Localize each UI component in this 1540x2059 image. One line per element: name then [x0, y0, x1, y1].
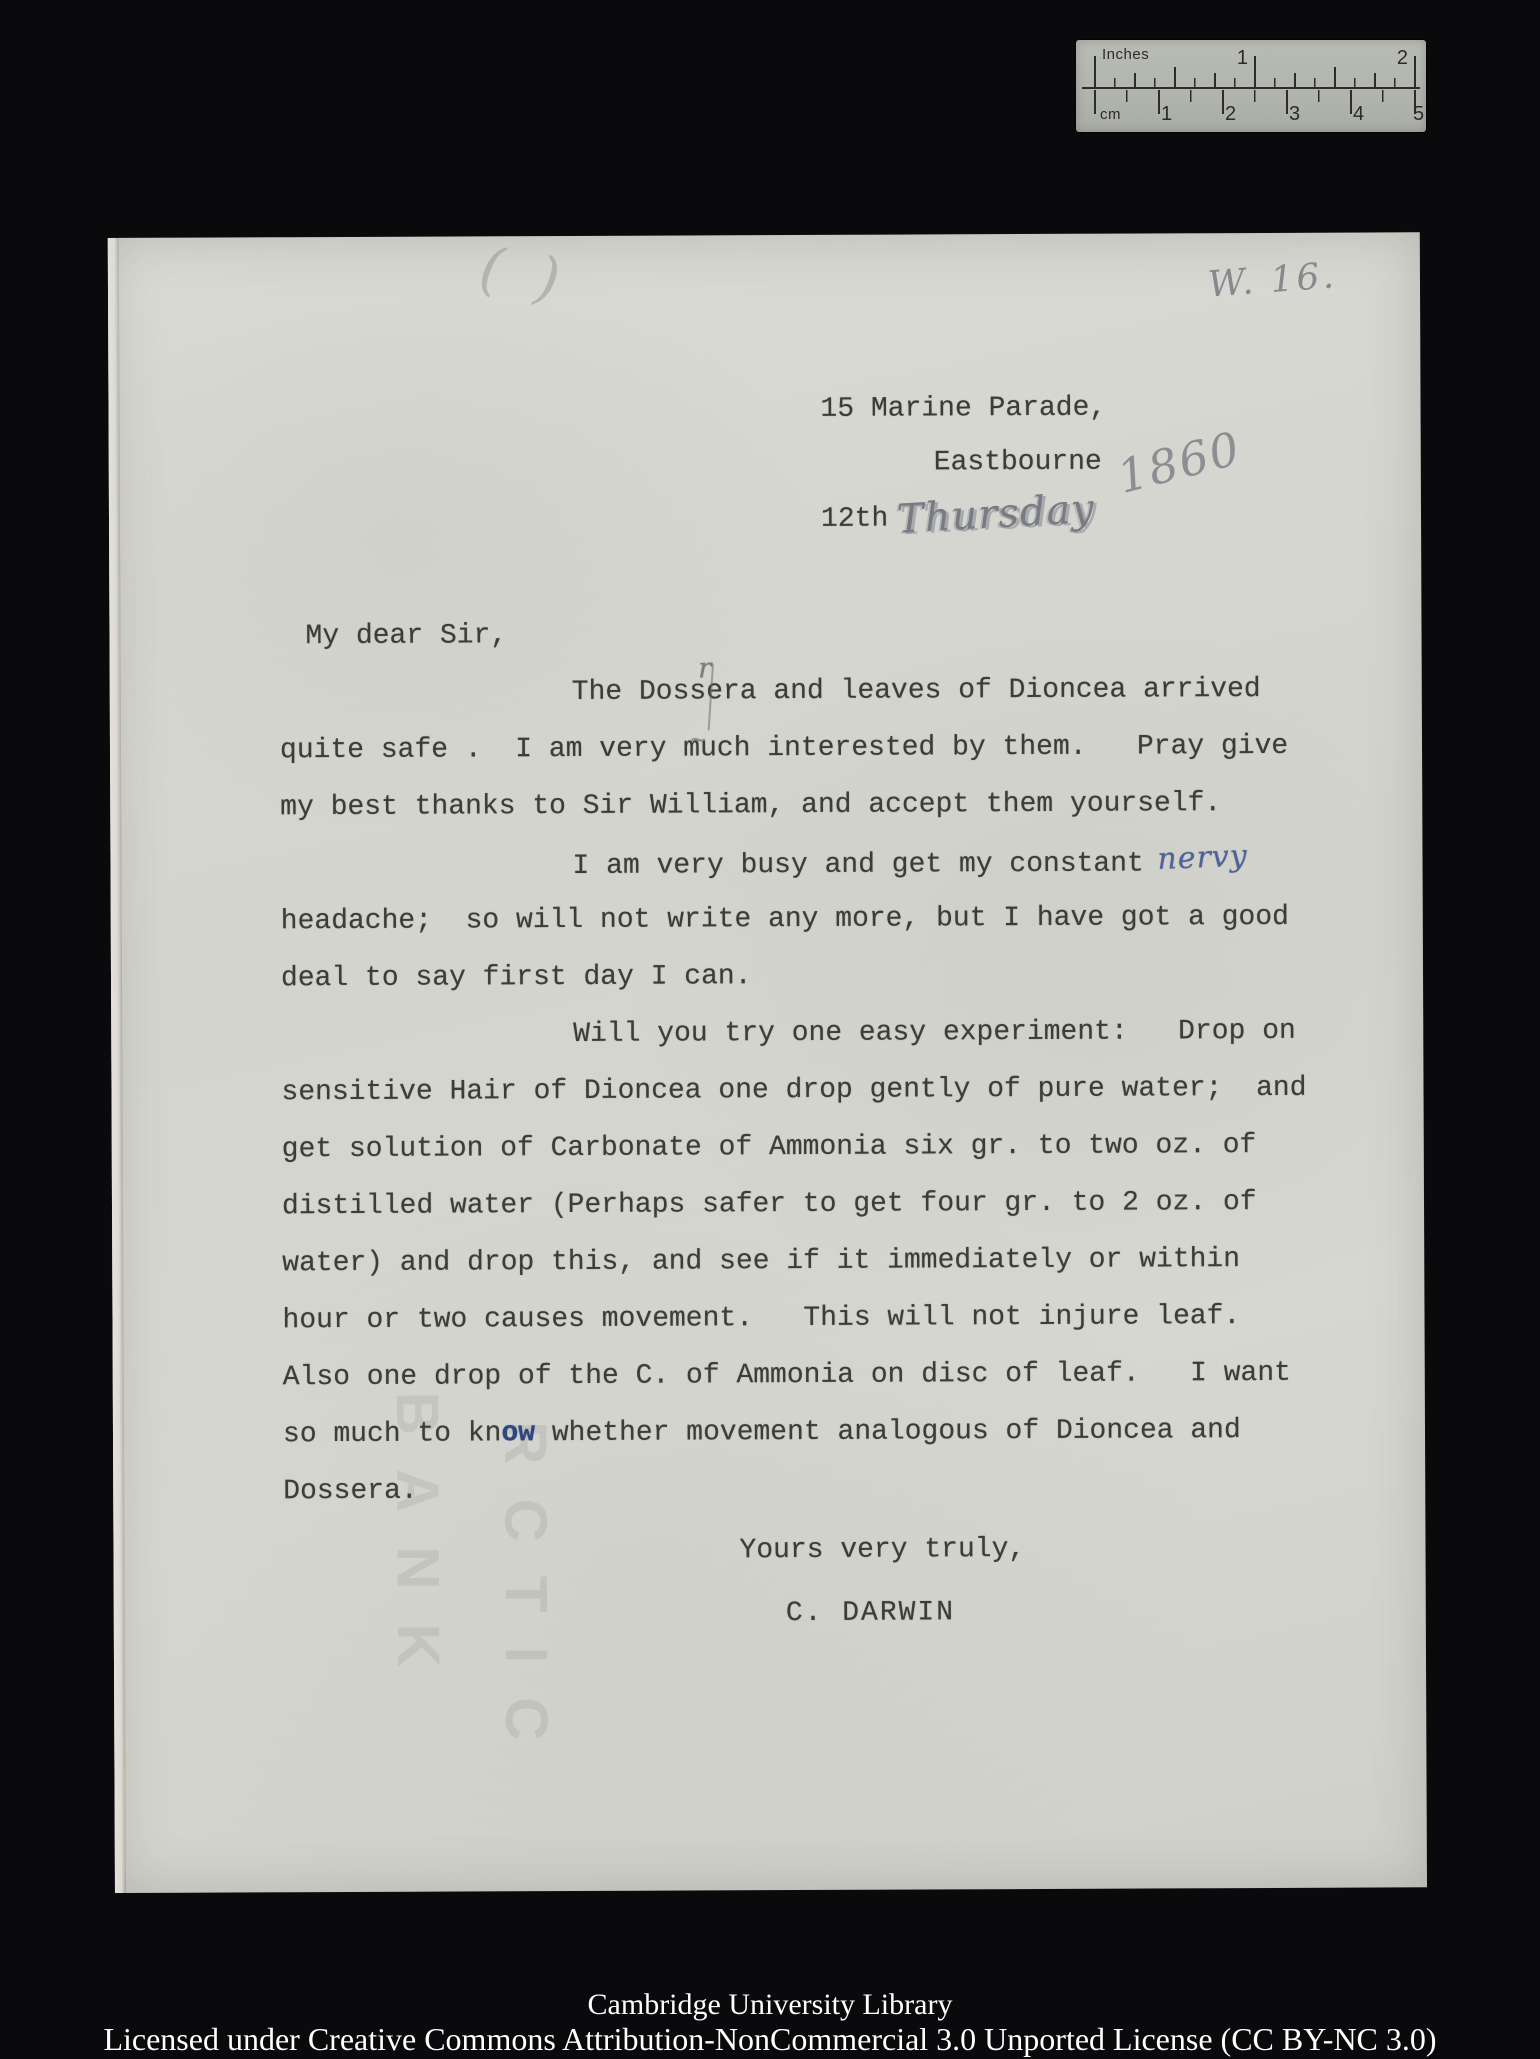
cm-number: 1	[1161, 104, 1172, 124]
cm-number: 4	[1353, 104, 1364, 124]
inch-ticks-eighth	[1094, 78, 1417, 88]
body-line: deal to say first day I can.	[281, 945, 1391, 1007]
closing: Yours very truly,	[739, 1535, 1025, 1566]
body-line: headache; so will not write any more, bu…	[281, 888, 1391, 950]
salutation: My dear Sir,	[279, 603, 1389, 665]
blue-ink-annotation: nervy	[1157, 827, 1249, 888]
archive-number-annotation: W. 16.	[1207, 255, 1339, 305]
body-line: Will you try one easy experiment: Drop o…	[281, 1002, 1391, 1064]
scale-bar: Inches cm 1 2 1 2 3 4 5	[1076, 40, 1426, 132]
body-line: quite safe . I am very much interested b…	[280, 717, 1390, 779]
day-scrawl-annotation: Thursday	[896, 486, 1096, 543]
cm-number: 3	[1289, 104, 1300, 124]
body-line-segment: whether movement analogous of Dioncea an…	[535, 1415, 1241, 1449]
signature: C. DARWIN	[786, 1598, 955, 1629]
address-line-2: Eastbourne	[934, 448, 1102, 479]
body-line-segment: I am very busy and get my constant	[572, 849, 1143, 882]
pencil-paren-mark: ( )	[475, 233, 573, 315]
body-line: water) and drop this, and see if it imme…	[282, 1230, 1392, 1292]
body-line: my best thanks to Sir William, and accep…	[280, 774, 1390, 836]
caret-mark: ~	[690, 728, 706, 754]
body-line: sensitive Hair of Dioncea one drop gentl…	[281, 1059, 1391, 1121]
license-notice: Licensed under Creative Commons Attribut…	[0, 2021, 1540, 2058]
body-line-segment: so much to kn	[283, 1418, 502, 1450]
body-line: The Dossr~era and leaves of Dioncea arri…	[280, 660, 1390, 722]
cm-number: 5	[1413, 104, 1424, 124]
letter-page: ( ) W. 16. 15 Marine Parade, Eastbourne …	[108, 232, 1427, 1893]
inch-number: 2	[1382, 48, 1408, 68]
body-line-segment: The Doss	[572, 676, 707, 708]
paper-fold-edge	[108, 238, 126, 1893]
body-line: distilled water (Perhaps safer to get fo…	[282, 1173, 1392, 1235]
date-line: 12th	[821, 505, 888, 535]
inch-number: 1	[1222, 48, 1248, 68]
cm-number: 2	[1225, 104, 1236, 124]
year-annotation: 1860	[1112, 421, 1247, 504]
blue-ink-overwrite: ow	[501, 1418, 535, 1449]
cm-ticks-half	[1094, 90, 1417, 102]
body-line: get solution of Carbonate of Ammonia six…	[282, 1116, 1392, 1178]
body-line: so much to know whether movement analogo…	[283, 1401, 1393, 1463]
body-line: Also one drop of the C. of Ammonia on di…	[283, 1344, 1393, 1406]
body-line: Dossera.	[283, 1458, 1393, 1520]
body-line: hour or two causes movement. This will n…	[282, 1287, 1392, 1349]
body-line-segment: era and leaves of Dioncea arrived	[706, 674, 1261, 707]
body-line: I am very busy and get my constantnervy	[280, 831, 1390, 893]
inserted-letter: r	[698, 654, 712, 682]
letter-body: My dear Sir, The Dossr~era and leaves of…	[279, 603, 1393, 1520]
address-line-1: 15 Marine Parade,	[820, 394, 1106, 425]
library-credit: Cambridge University Library	[0, 1988, 1540, 2022]
